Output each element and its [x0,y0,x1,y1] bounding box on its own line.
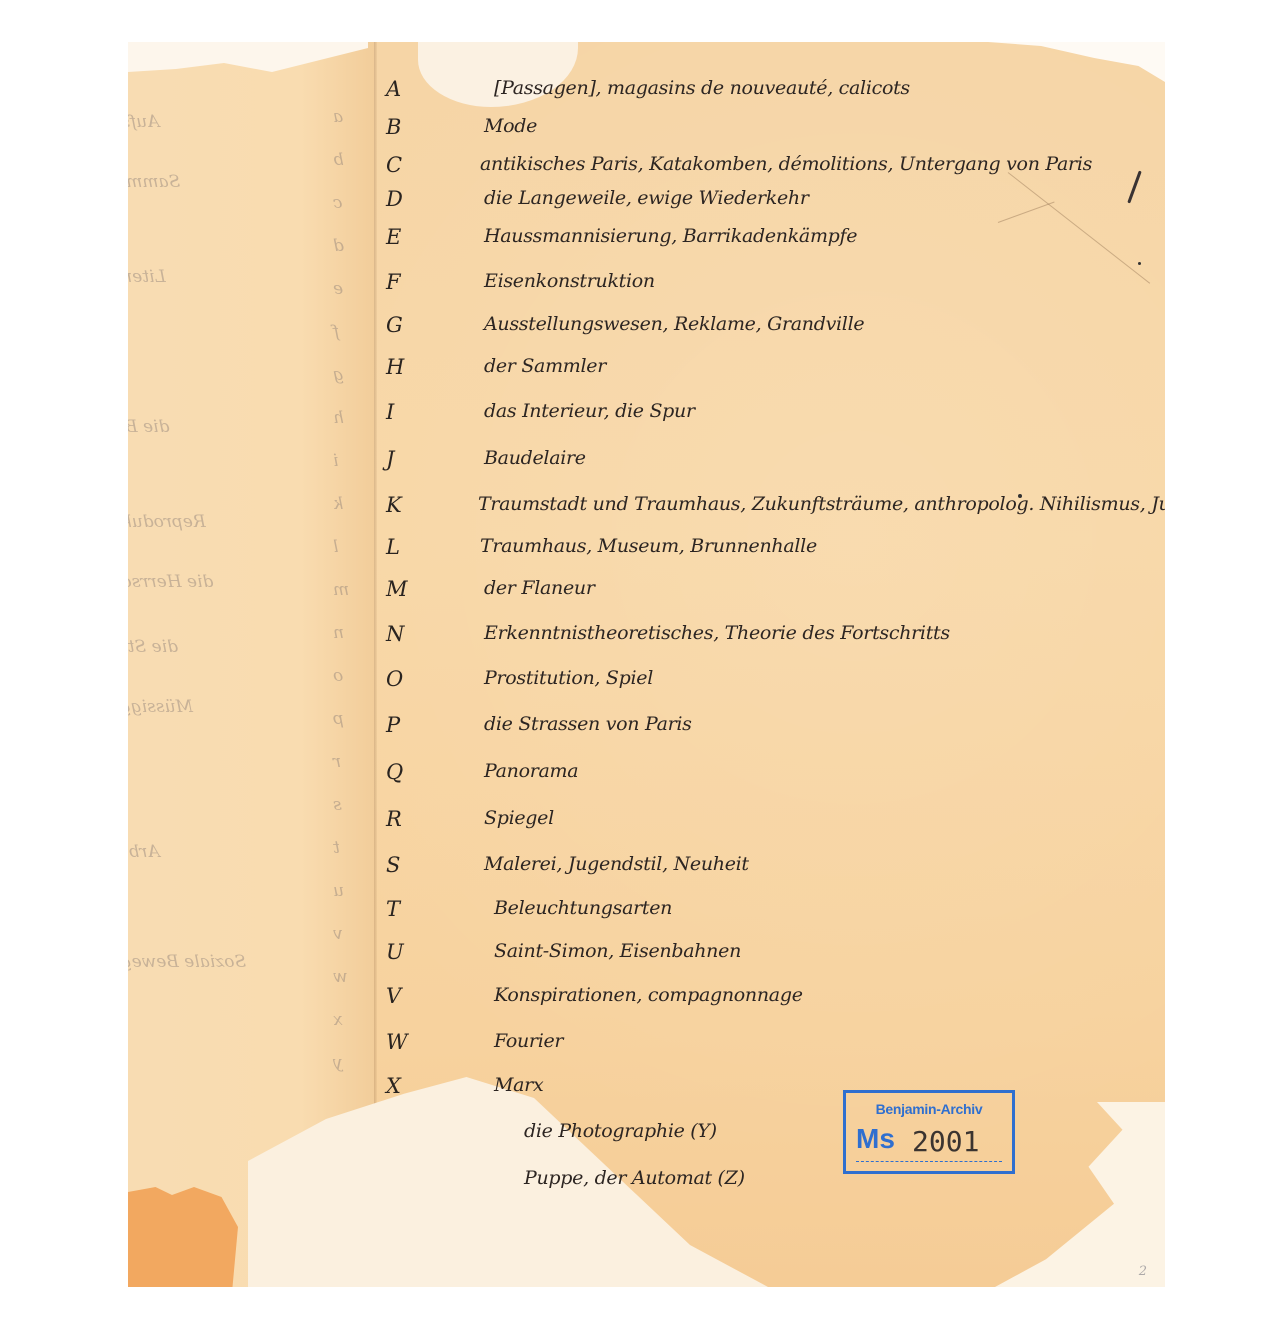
stamp-prefix: Ms [856,1123,895,1155]
index-entry-text: die Strassen von Paris [484,713,692,735]
flap-ghost-word: Soziale Bewegung [128,952,246,972]
flap-ghost-letter: k [333,494,343,514]
index-letter: J [386,447,416,471]
index-entry-text: Haussmannisierung, Barrikadenkämpfe [484,225,857,247]
flap-ghost-word: Reproduktion [128,512,206,532]
flap-ghost-letter: r [333,752,341,772]
archive-stamp: Benjamin-Archiv Ms 2001 [843,1090,1015,1174]
index-letter: D [386,187,416,211]
index-letter: R [386,807,416,831]
index-entry-text: Fourier [494,1030,563,1052]
index-letter: C [386,153,416,177]
flap-ghost-letter: w [333,967,348,987]
index-letter: Q [386,760,416,784]
pen-mark [1127,171,1141,204]
index-entry-text: Malerei, Jugendstil, Neuheit [484,853,749,875]
flap-ghost-word: die Straße [128,637,178,657]
flap-ghost-letter: g [333,365,344,385]
flap-ghost-word: Müssiggang [128,697,193,717]
index-letter: N [386,622,416,646]
paper-crack [1008,172,1150,284]
flap-ghost-letter: y [333,1053,343,1073]
index-letter: X [386,1074,416,1098]
paper-crack [998,202,1055,223]
index-entry-text: Panorama [484,760,578,782]
flap-ghost-word: Literatur [128,267,166,287]
flap-ghost-letter: t [333,838,340,858]
index-entry-text: Konspirationen, compagnonnage [494,984,803,1006]
flap-ghost-letter: i [333,451,338,471]
flap-ghost-letter: n [333,623,344,643]
index-entry-text: antikisches Paris, Katakomben, démolitio… [480,153,1092,175]
flap-ghost-word: Aufstieg [128,112,159,132]
stamp-number: 2001 [912,1125,979,1158]
index-letter: O [386,667,416,691]
flap-ghost-letter: e [333,279,343,299]
index-letter: E [386,225,416,249]
index-entry-text: Traumstadt und Traumhaus, Zukunftsträume… [478,493,1165,515]
flap-ghost-word: Sammlung [128,172,180,192]
index-entry-text: Traumhaus, Museum, Brunnenhalle [480,535,817,557]
index-letter: F [386,270,416,294]
index-letter: S [386,853,416,877]
index-letter: W [386,1030,416,1054]
folded-flap [128,42,374,1287]
index-letter: P [386,713,416,737]
index-letter: H [386,355,416,379]
flap-ghost-letter: h [333,408,344,428]
index-letter: L [386,535,416,559]
index-entry-text: [Passagen], magasins de nouveauté, calic… [494,77,910,99]
index-letter: B [386,115,416,139]
ink-dot [1138,262,1141,265]
index-letter: M [386,577,416,601]
flap-ghost-letter: o [333,666,343,686]
index-entry-text: Prostitution, Spiel [484,667,653,689]
flap-ghost-letter: d [333,236,344,256]
stamp-title: Benjamin-Archiv [846,1101,1012,1117]
index-letter: A [386,77,416,101]
page-number: 2 [1139,1264,1147,1279]
index-entry-text: die Langeweile, ewige Wiederkehr [484,187,809,209]
index-entry-text: der Sammler [484,355,606,377]
flap-ghost-letter: v [333,924,343,944]
index-letter: I [386,400,416,424]
index-entry-text: Beleuchtungsarten [494,897,672,919]
index-entry-text: Spiegel [484,807,554,829]
flap-ghost-word: die Herrschaft [128,572,213,592]
flap-ghost-letter: f [333,322,339,342]
flap-ghost-letter: u [333,881,344,901]
orange-stain [128,1187,238,1287]
index-letter: G [386,313,416,337]
torn-edge-bottom-right [995,1102,1165,1287]
index-entry-text: Ausstellungswesen, Reklame, Grandville [484,313,864,335]
torn-edge-top-right [988,42,1165,82]
index-letter: K [386,493,416,517]
flap-ghost-word: Arbeiter [128,842,160,862]
stamp-underline [856,1161,1002,1162]
index-entry-text: die Photographie (Y) [524,1120,717,1142]
index-entry-text: Baudelaire [484,447,586,469]
index-letter: V [386,984,416,1008]
flap-ghost-letter: b [333,150,344,170]
index-entry-text: Puppe, der Automat (Z) [524,1167,745,1189]
flap-ghost-letter: p [333,709,344,729]
fold-line [374,42,377,1287]
flap-ghost-letter: x [333,1010,343,1030]
flap-ghost-word: die Börse [128,417,169,437]
index-letter: U [386,940,416,964]
index-entry-text: Marx [494,1074,543,1096]
index-entry-text: Erkenntnistheoretisches, Theorie des For… [484,622,950,644]
flap-ghost-letter: a [333,107,343,127]
flap-ghost-letter: c [333,193,343,213]
index-entry-text: das Interieur, die Spur [484,400,695,422]
flap-ghost-letter: m [333,580,349,600]
flap-ghost-letter: s [333,795,342,815]
index-entry-text: Saint-Simon, Eisenbahnen [494,940,741,962]
index-letter: T [386,897,416,921]
index-entry-text: der Flaneur [484,577,595,599]
flap-ghost-letter: l [333,537,338,557]
index-entry-text: Mode [484,115,537,137]
manuscript-sheet: AufstiegSammlungLiteraturdie BörseReprod… [128,42,1165,1287]
index-entry-text: Eisenkonstruktion [484,270,655,292]
